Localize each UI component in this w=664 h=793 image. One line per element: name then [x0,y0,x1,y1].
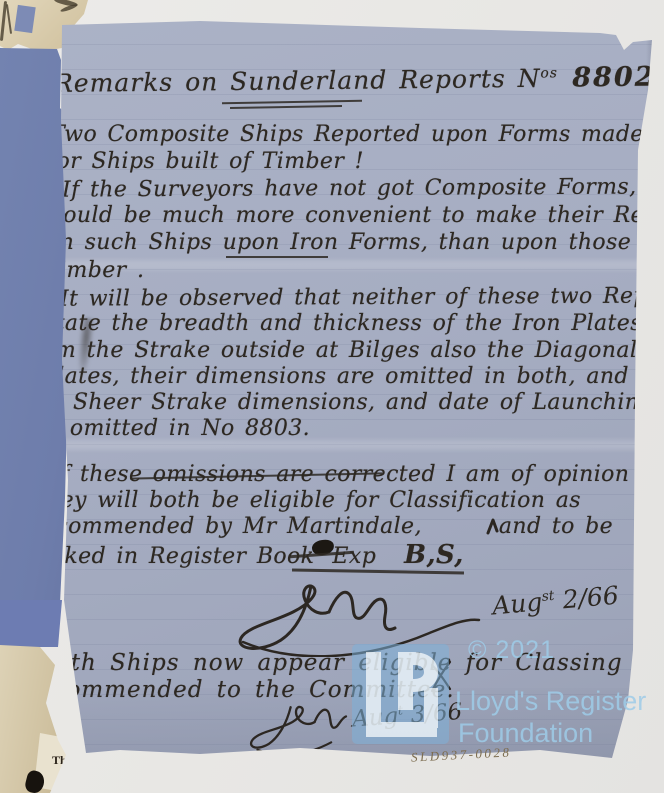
signature-jm-flourish-2 [238,698,358,758]
paper-edge-shadow [646,20,656,770]
signature-jm-flourish [215,572,495,657]
handwritten-line: arked in Register BookExpB,S, [40,540,464,570]
handwritten-line: ecommended by Mr Martindale,and to be [42,514,613,539]
handwritten-line: for Ships built of Timber ! [48,149,364,174]
handwritten-line: Plates, their dimensions are omitted in … [42,364,664,389]
handwritten-line: hey will both be eligible for Classifica… [46,488,581,513]
handwritten-line: rm the Strake outside at Bilges also the… [44,338,637,363]
insertion-caret-mark [486,518,499,535]
phrase-underline [226,256,328,258]
handwritten-line: state the breadth and thickness of the I… [44,311,664,336]
handwritten-line: would be much more convenient to make th… [44,203,664,228]
handwritten-line: n Sheer Strake dimensions, and date of L… [48,390,654,415]
title-underline [230,105,342,108]
handwritten-line: It will be observed that neither of thes… [60,283,664,311]
blue-paper-scrap [14,5,35,33]
letter-paper: Remarks on Sunderland Reports Nos 8802 &… [40,20,656,770]
class-notation: B,S, [404,540,464,570]
handwritten-line: If the Surveyors have not got Composite … [62,174,664,202]
torn-beige-fragment-bottom: Th [0,645,80,793]
title-underline [222,100,362,104]
signature-date: Augst 2/66 [491,581,620,621]
struck-word: Exp [332,544,376,569]
engraving-mark [6,4,12,34]
blue-backing-paper-bottom [0,600,64,647]
paper-crease [40,440,656,450]
handwritten-line: on such Ships upon Iron Forms, than upon… [46,230,664,255]
document-title: Remarks on Sunderland Reports Nos 8802 &… [54,60,664,99]
check-x-mark [428,658,454,694]
printed-text-fragment: Th [52,753,67,768]
document-scan: Th Remarks on Sunderland Reports Nos 880… [0,0,664,793]
handwritten-line: e omitted in No 8803. [46,416,310,441]
handwritten-line: Two Composite Ships Reported upon Forms … [50,122,644,147]
underlined-phrase: Iron Forms [290,230,421,255]
handwritten-line: Both Ships now appear eligible for Class… [38,650,663,676]
